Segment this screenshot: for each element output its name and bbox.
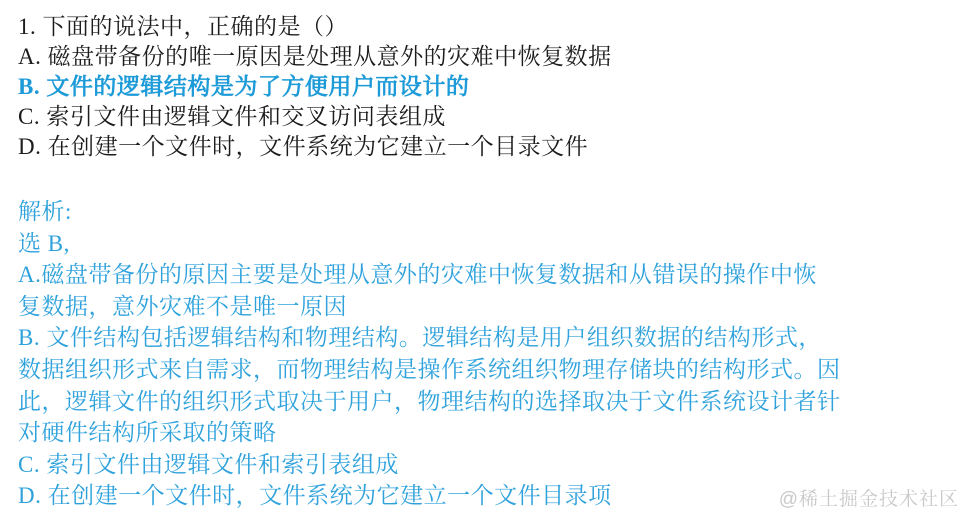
analysis-line-c: C. 索引文件由逻辑文件和索引表组成 (18, 449, 955, 481)
option-d: D. 在创建一个文件时，文件系统为它建立一个目录文件 (18, 132, 955, 162)
question-title: 1. 下面的说法中，正确的是（） (18, 12, 955, 42)
analysis-line-a1: A.磁盘带备份的原因主要是处理从意外的灾难中恢复数据和从错误的操作中恢 (18, 259, 955, 291)
analysis-line-a2: 复数据，意外灾难不是唯一原因 (18, 291, 955, 323)
watermark: @稀土掘金技术社区 (779, 484, 959, 511)
option-c: C. 索引文件由逻辑文件和交叉访问表组成 (18, 102, 955, 132)
analysis-heading: 解析: (18, 196, 955, 228)
question-block: 1. 下面的说法中，正确的是（） A. 磁盘带备份的唯一原因是处理从意外的灾难中… (18, 12, 955, 162)
analysis-block: 解析: 选 B, A.磁盘带备份的原因主要是处理从意外的灾难中恢复数据和从错误的… (18, 196, 955, 512)
option-a: A. 磁盘带备份的唯一原因是处理从意外的灾难中恢复数据 (18, 42, 955, 72)
analysis-line-b2: 数据组织形式来自需求，而物理结构是操作系统组织物理存储块的结构形式。因 (18, 354, 955, 386)
question-page: 1. 下面的说法中，正确的是（） A. 磁盘带备份的唯一原因是处理从意外的灾难中… (0, 0, 973, 523)
analysis-line-b4: 对硬件结构所采取的策略 (18, 417, 955, 449)
analysis-line-b1: B. 文件结构包括逻辑结构和物理结构。逻辑结构是用户组织数据的结构形式， (18, 322, 955, 354)
analysis-line-b3: 此，逻辑文件的组织形式取决于用户，物理结构的选择取决于文件系统设计者针 (18, 386, 955, 418)
option-b-correct: B. 文件的逻辑结构是为了方便用户而设计的 (18, 72, 955, 102)
analysis-answer: 选 B, (18, 228, 955, 260)
